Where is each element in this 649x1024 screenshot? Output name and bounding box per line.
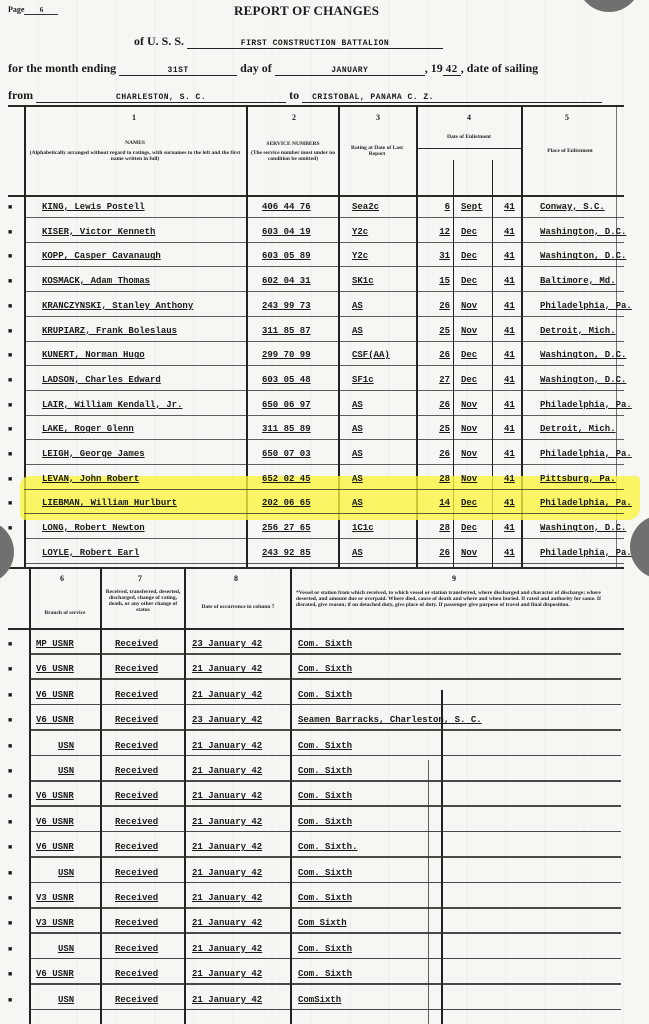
table-row: ■V6 USNRReceived21 January 42Com. Sixth <box>0 811 649 835</box>
name-cell: KRUPIARZ, Frank Boleslaus <box>42 326 177 336</box>
name-cell: LEVAN, John Robert <box>42 474 139 484</box>
enlist-place-cell: Philadelphia, Pa. <box>540 400 632 410</box>
branch-cell: MP USNR <box>36 639 74 649</box>
station-cell: Com. Sixth <box>298 766 352 776</box>
service-number-cell: 256 27 65 <box>262 523 311 533</box>
table-row: ■V3 USNRReceived21 January 42Com. Sixth <box>0 887 649 911</box>
page-number: Page6 <box>8 5 58 15</box>
row-mark: ■ <box>8 228 12 236</box>
row-rule <box>24 266 624 267</box>
enlist-month-cell: Dec <box>461 350 477 360</box>
name-cell: KOPP, Casper Cavanaugh <box>42 251 161 261</box>
month-value: JANUARY <box>275 66 425 76</box>
rating-cell: AS <box>352 424 363 434</box>
service-number-cell: 243 92 85 <box>262 548 311 558</box>
enlist-month-cell: Dec <box>461 498 477 508</box>
rating-cell: AS <box>352 301 363 311</box>
row-mark: ■ <box>8 996 12 1004</box>
table-row: ■LAKE, Roger Glenn311 85 89AS25Nov41Detr… <box>0 418 649 442</box>
upper-table-top-border <box>8 105 624 107</box>
enlist-day-cell: 15 <box>430 276 450 286</box>
row-mark: ■ <box>8 376 12 384</box>
table-row: ■LIEBMAN, William Hurlburt202 06 65AS14D… <box>0 492 649 516</box>
name-cell: LOYLE, Robert Earl <box>42 548 139 558</box>
table-row: ■MP USNRReceived23 January 42Com. Sixth <box>0 633 649 657</box>
name-cell: LAIR, William Kendall, Jr. <box>42 400 182 410</box>
month-line: for the month ending 31ST day of JANUARY… <box>8 61 538 76</box>
enlist-place-cell: Baltimore, Md. <box>540 276 616 286</box>
row-mark: ■ <box>8 524 12 532</box>
table-row: ■USNReceived21 January 42Com. Sixth <box>0 735 649 759</box>
status-cell: Received <box>115 918 158 928</box>
col-header-enlistment-date: Date of Enlistment <box>420 134 518 140</box>
enlist-month-cell: Nov <box>461 400 477 410</box>
service-number-cell: 603 05 89 <box>262 251 311 261</box>
row-mark: ■ <box>8 475 12 483</box>
col-num: 9 <box>452 574 456 583</box>
col-header-rating: Rating at Date of Last Report <box>344 145 410 157</box>
row-mark: ■ <box>8 252 12 260</box>
enlist-day-cell: 28 <box>430 523 450 533</box>
table-row: ■USNReceived21 January 42Com. Sixth <box>0 938 649 962</box>
enlist-place-cell: Philadelphia, Pa. <box>540 498 632 508</box>
row-rule <box>24 365 624 366</box>
table-row: ■KUNERT, Norman Hugo299 70 99CSF(AA)26De… <box>0 344 649 368</box>
enlistment-subheader-rule <box>416 148 521 149</box>
date-cell: 21 January 42 <box>192 791 262 801</box>
rating-cell: SK1c <box>352 276 374 286</box>
enlist-day-cell: 31 <box>430 251 450 261</box>
station-cell: Com. Sixth <box>298 817 352 827</box>
enlist-place-cell: Washington, D.C. <box>540 523 626 533</box>
col-num: 6 <box>60 574 64 583</box>
service-number-cell: 202 06 65 <box>262 498 311 508</box>
station-cell: Seamen Barracks, Charleston, S. C. <box>298 715 482 725</box>
enlist-place-cell: Detroit, Mich. <box>540 326 616 336</box>
service-number-cell: 299 70 99 <box>262 350 311 360</box>
status-cell: Received <box>115 741 158 751</box>
table-row: ■LEIGH, George James650 07 03AS26Nov41Ph… <box>0 443 649 467</box>
enlist-month-cell: Nov <box>461 301 477 311</box>
status-cell: Received <box>115 766 158 776</box>
branch-cell: V6 USNR <box>36 664 74 674</box>
row-rule <box>24 439 624 440</box>
table-row: ■USNReceived21 January 42ComSixth <box>0 989 649 1013</box>
row-mark: ■ <box>8 742 12 750</box>
row-mark: ■ <box>8 843 12 851</box>
enlist-month-cell: Nov <box>461 449 477 459</box>
rating-cell: AS <box>352 474 363 484</box>
service-number-cell: 243 99 73 <box>262 301 311 311</box>
status-cell: Received <box>115 995 158 1005</box>
row-rule <box>24 489 624 490</box>
branch-cell: USN <box>58 766 74 776</box>
table-row: ■KOPP, Casper Cavanaugh603 05 89Y2c31Dec… <box>0 245 649 269</box>
date-cell: 21 January 42 <box>192 842 262 852</box>
station-cell: Com. Sixth <box>298 893 352 903</box>
date-cell: 21 January 42 <box>192 893 262 903</box>
branch-cell: USN <box>58 995 74 1005</box>
page-value: 6 <box>24 6 58 15</box>
table-row: ■V3 USNRReceived21 January 42Com Sixth <box>0 912 649 936</box>
date-cell: 21 January 42 <box>192 817 262 827</box>
name-cell: LEIGH, George James <box>42 449 145 459</box>
status-cell: Received <box>115 715 158 725</box>
page-label: Page <box>8 5 24 14</box>
col-title: SERVICE NUMBERS <box>250 141 336 147</box>
rating-cell: Sea2c <box>352 202 379 212</box>
enlist-day-cell: 25 <box>430 424 450 434</box>
col-num: 1 <box>132 113 136 122</box>
row-rule <box>24 217 624 218</box>
enlist-year-cell: 41 <box>504 474 515 484</box>
service-number-cell: 650 07 03 <box>262 449 311 459</box>
name-cell: LONG, Robert Newton <box>42 523 145 533</box>
row-mark: ■ <box>8 894 12 902</box>
enlist-year-cell: 41 <box>504 498 515 508</box>
enlist-year-cell: 41 <box>504 449 515 459</box>
row-mark: ■ <box>8 818 12 826</box>
status-cell: Received <box>115 791 158 801</box>
enlist-month-cell: Dec <box>461 227 477 237</box>
col-num: 8 <box>234 574 238 583</box>
branch-cell: V6 USNR <box>36 969 74 979</box>
rating-cell: AS <box>352 449 363 459</box>
table-row: ■V6 USNRReceived21 January 42Com. Sixth <box>0 785 649 809</box>
station-cell: Com. Sixth <box>298 741 352 751</box>
row-mark: ■ <box>8 869 12 877</box>
enlist-year-cell: 41 <box>504 400 515 410</box>
enlist-year-cell: 41 <box>504 251 515 261</box>
name-cell: KRANCZYNSKI, Stanley Anthony <box>42 301 193 311</box>
enlist-year-cell: 41 <box>504 276 515 286</box>
row-rule <box>24 390 624 391</box>
enlist-year-cell: 41 <box>504 301 515 311</box>
row-rule <box>29 729 621 731</box>
table-row: ■LEVAN, John Robert652 02 45AS28Nov41Pit… <box>0 468 649 492</box>
enlist-place-cell: Conway, S.C. <box>540 202 605 212</box>
row-rule <box>24 563 624 564</box>
name-cell: LAKE, Roger Glenn <box>42 424 134 434</box>
enlist-day-cell: 26 <box>430 301 450 311</box>
row-mark: ■ <box>8 450 12 458</box>
station-cell: Com. Sixth <box>298 690 352 700</box>
col-num: 7 <box>138 574 142 583</box>
enlist-month-cell: Nov <box>461 424 477 434</box>
sailing-label: , date of sailing <box>461 61 538 75</box>
table-row: ■KING, Lewis Postell406 44 76Sea2c6Sept4… <box>0 196 649 220</box>
col-subtitle: (Alphabetically arranged without regard … <box>28 150 242 162</box>
row-rule <box>29 755 621 757</box>
rating-cell: Y2c <box>352 251 368 261</box>
row-mark: ■ <box>8 302 12 310</box>
col-header-branch: Branch of service <box>32 610 98 616</box>
enlist-year-cell: 41 <box>504 375 515 385</box>
enlist-month-cell: Nov <box>461 326 477 336</box>
name-cell: LIEBMAN, William Hurlburt <box>42 498 177 508</box>
row-rule <box>29 907 621 909</box>
table-row: ■LOYLE, Robert Earl243 92 85AS26Nov41Phi… <box>0 542 649 566</box>
row-mark: ■ <box>8 499 12 507</box>
table-row: ■LAIR, William Kendall, Jr.650 06 97AS26… <box>0 394 649 418</box>
status-cell: Received <box>115 944 158 954</box>
station-cell: Com. Sixth <box>298 664 352 674</box>
col-num: 2 <box>292 113 296 122</box>
enlist-day-cell: 26 <box>430 449 450 459</box>
col-num: 5 <box>565 113 569 122</box>
table-row: ■V6 USNRReceived21 January 42Com. Sixth <box>0 658 649 682</box>
row-mark: ■ <box>8 665 12 673</box>
enlist-day-cell: 26 <box>430 548 450 558</box>
service-number-cell: 406 44 76 <box>262 202 311 212</box>
enlist-place-cell: Washington, D.C. <box>540 350 626 360</box>
status-cell: Received <box>115 842 158 852</box>
name-cell: KISER, Victor Kenneth <box>42 227 155 237</box>
col-num: 4 <box>467 113 471 122</box>
enlist-month-cell: Dec <box>461 276 477 286</box>
enlist-day-cell: 26 <box>430 350 450 360</box>
row-rule <box>24 341 624 342</box>
col-header-station-details: *Vessel or station from which received, … <box>296 590 618 608</box>
ship-value: FIRST CONSTRUCTION BATTALION <box>187 39 443 49</box>
table-row: ■USNReceived21 January 42Com. Sixth <box>0 760 649 784</box>
table-row: ■KISER, Victor Kenneth603 04 19Y2c12Dec4… <box>0 221 649 245</box>
year-prefix: , 19 <box>425 61 443 75</box>
row-rule <box>24 291 624 292</box>
row-rule <box>29 831 621 833</box>
table-row: ■KRUPIARZ, Frank Boleslaus311 85 87AS25N… <box>0 320 649 344</box>
status-cell: Received <box>115 664 158 674</box>
rating-cell: AS <box>352 548 363 558</box>
station-cell: Com. Sixth <box>298 639 352 649</box>
status-cell: Received <box>115 969 158 979</box>
row-rule <box>24 538 624 539</box>
enlist-month-cell: Sept <box>461 202 483 212</box>
branch-cell: V3 USNR <box>36 893 74 903</box>
rating-cell: Y2c <box>352 227 368 237</box>
enlist-month-cell: Nov <box>461 548 477 558</box>
table-row: ■V6 USNRReceived21 January 42Com. Sixth <box>0 684 649 708</box>
row-mark: ■ <box>8 277 12 285</box>
row-rule <box>29 805 621 807</box>
row-mark: ■ <box>8 767 12 775</box>
branch-cell: V6 USNR <box>36 715 74 725</box>
row-rule <box>24 415 624 416</box>
branch-cell: USN <box>58 741 74 751</box>
row-mark: ■ <box>8 203 12 211</box>
status-cell: Received <box>115 690 158 700</box>
branch-cell: V6 USNR <box>36 817 74 827</box>
row-rule <box>29 1009 621 1011</box>
route-line: from CHARLESTON, S. C. to CRISTOBAL, PAN… <box>8 88 602 103</box>
col-subtitle: (The service number must under no condit… <box>250 150 336 162</box>
row-mark: ■ <box>8 351 12 359</box>
table-row: ■KRANCZYNSKI, Stanley Anthony243 99 73AS… <box>0 295 649 319</box>
row-mark: ■ <box>8 792 12 800</box>
to-value: CRISTOBAL, PANAMA C. Z. <box>302 93 602 103</box>
branch-cell: V6 USNR <box>36 791 74 801</box>
overlay-circle-top <box>577 0 641 12</box>
enlist-day-cell: 25 <box>430 326 450 336</box>
enlist-day-cell: 26 <box>430 400 450 410</box>
table-row: ■KOSMACK, Adam Thomas602 04 31SK1c15Dec4… <box>0 270 649 294</box>
table-row: ■USNReceived21 January 42Com. Sixth <box>0 862 649 886</box>
enlist-year-cell: 41 <box>504 548 515 558</box>
date-cell: 21 January 42 <box>192 868 262 878</box>
name-cell: LADSON, Charles Edward <box>42 375 161 385</box>
rating-cell: AS <box>352 400 363 410</box>
row-rule <box>29 932 621 934</box>
table-row: ■LADSON, Charles Edward603 05 48SF1c27De… <box>0 369 649 393</box>
year-value: 42 <box>443 63 461 76</box>
enlist-place-cell: Philadelphia, Pa. <box>540 548 632 558</box>
col-num: 3 <box>376 113 380 122</box>
table-row: ■V6 USNRReceived23 January 42Seamen Barr… <box>0 709 649 733</box>
row-mark: ■ <box>8 691 12 699</box>
enlist-year-cell: 41 <box>504 523 515 533</box>
status-cell: Received <box>115 639 158 649</box>
from-value: CHARLESTON, S. C. <box>36 93 286 103</box>
rating-cell: AS <box>352 498 363 508</box>
row-mark: ■ <box>8 970 12 978</box>
col-header-names: NAMES (Alphabetically arranged without r… <box>28 140 242 162</box>
enlist-place-cell: Washington, D.C. <box>540 227 626 237</box>
status-cell: Received <box>115 868 158 878</box>
enlist-month-cell: Dec <box>461 375 477 385</box>
enlist-month-cell: Nov <box>461 474 477 484</box>
row-mark: ■ <box>8 716 12 724</box>
col-header-status-change: Received, transferred, deserted, dischar… <box>104 589 182 613</box>
enlist-place-cell: Pittsburg, Pa. <box>540 474 616 484</box>
row-rule <box>29 653 621 655</box>
table-row: ■V6 USNRReceived21 January 42Com. Sixth <box>0 963 649 987</box>
status-cell: Received <box>115 893 158 903</box>
row-rule <box>29 704 621 706</box>
table-row: ■V6 USNRReceived21 January 42Com. Sixth. <box>0 836 649 860</box>
date-cell: 21 January 42 <box>192 969 262 979</box>
month-ending-label: for the month ending <box>8 61 116 75</box>
row-rule <box>29 856 621 858</box>
station-cell: Com. Sixth <box>298 791 352 801</box>
row-mark: ■ <box>8 640 12 648</box>
enlist-year-cell: 41 <box>504 202 515 212</box>
branch-cell: USN <box>58 868 74 878</box>
row-rule <box>29 780 621 782</box>
rating-cell: SF1c <box>352 375 374 385</box>
station-cell: Com. Sixth <box>298 969 352 979</box>
enlist-month-cell: Dec <box>461 523 477 533</box>
branch-cell: V6 USNR <box>36 690 74 700</box>
rating-cell: AS <box>352 326 363 336</box>
row-mark: ■ <box>8 327 12 335</box>
row-rule <box>29 983 621 985</box>
col-header-enlistment-place: Place of Enlistment <box>524 148 616 154</box>
enlist-place-cell: Detroit, Mich. <box>540 424 616 434</box>
station-cell: Com. Sixth <box>298 944 352 954</box>
row-rule <box>24 242 624 243</box>
station-cell: Com. Sixth. <box>298 842 357 852</box>
day-of-label: day of <box>240 61 272 75</box>
date-cell: 23 January 42 <box>192 639 262 649</box>
service-number-cell: 311 85 87 <box>262 326 311 336</box>
row-rule <box>24 464 624 465</box>
col-title: NAMES <box>28 140 242 146</box>
rating-cell: CSF(AA) <box>352 350 390 360</box>
station-cell: ComSixth <box>298 995 341 1005</box>
from-label: from <box>8 88 33 102</box>
to-label: to <box>289 88 299 102</box>
row-mark: ■ <box>8 919 12 927</box>
row-mark: ■ <box>8 425 12 433</box>
enlist-year-cell: 41 <box>504 227 515 237</box>
enlist-year-cell: 41 <box>504 424 515 434</box>
service-number-cell: 603 05 48 <box>262 375 311 385</box>
date-cell: 21 January 42 <box>192 766 262 776</box>
service-number-cell: 602 04 31 <box>262 276 311 286</box>
col-header-service: SERVICE NUMBERS (The service number must… <box>250 141 336 162</box>
date-cell: 21 January 42 <box>192 664 262 674</box>
name-cell: KUNERT, Norman Hugo <box>42 350 145 360</box>
enlist-year-cell: 41 <box>504 326 515 336</box>
rating-cell: 1C1c <box>352 523 374 533</box>
enlist-place-cell: Washington, D.C. <box>540 251 626 261</box>
ship-line: of U. S. S. FIRST CONSTRUCTION BATTALION <box>134 34 443 49</box>
date-cell: 23 January 42 <box>192 715 262 725</box>
enlist-day-cell: 27 <box>430 375 450 385</box>
service-number-cell: 650 06 97 <box>262 400 311 410</box>
ship-label: of U. S. S. <box>134 34 184 48</box>
row-rule <box>24 316 624 317</box>
branch-cell: V6 USNR <box>36 842 74 852</box>
status-cell: Received <box>115 817 158 827</box>
date-cell: 21 January 42 <box>192 690 262 700</box>
document-page: Page6 REPORT OF CHANGES of U. S. S. FIRS… <box>0 0 649 1024</box>
row-rule <box>29 882 621 884</box>
enlist-day-cell: 28 <box>430 474 450 484</box>
col-header-occurrence-date: Date of occurrence in column 7 <box>196 604 280 610</box>
service-number-cell: 603 04 19 <box>262 227 311 237</box>
service-number-cell: 652 02 45 <box>262 474 311 484</box>
row-mark: ■ <box>8 945 12 953</box>
enlist-place-cell: Philadelphia, Pa. <box>540 449 632 459</box>
date-cell: 21 January 42 <box>192 741 262 751</box>
date-cell: 21 January 42 <box>192 995 262 1005</box>
row-rule <box>29 678 621 680</box>
row-rule <box>29 958 621 960</box>
enlist-day-cell: 12 <box>430 227 450 237</box>
enlist-month-cell: Dec <box>461 251 477 261</box>
station-cell: Com Sixth <box>298 918 347 928</box>
enlist-day-cell: 6 <box>430 202 450 212</box>
row-rule <box>24 513 624 514</box>
station-cell: Com. Sixth <box>298 868 352 878</box>
name-cell: KOSMACK, Adam Thomas <box>42 276 150 286</box>
enlist-place-cell: Washington, D.C. <box>540 375 626 385</box>
month-day-value: 31ST <box>119 66 237 76</box>
service-number-cell: 311 85 89 <box>262 424 311 434</box>
enlist-place-cell: Philadelphia, Pa. <box>540 301 632 311</box>
document-title: REPORT OF CHANGES <box>234 3 379 19</box>
date-cell: 21 January 42 <box>192 918 262 928</box>
enlist-year-cell: 41 <box>504 350 515 360</box>
date-cell: 21 January 42 <box>192 944 262 954</box>
name-cell: KING, Lewis Postell <box>42 202 145 212</box>
row-mark: ■ <box>8 401 12 409</box>
branch-cell: V3 USNR <box>36 918 74 928</box>
enlist-day-cell: 14 <box>430 498 450 508</box>
branch-cell: USN <box>58 944 74 954</box>
table-row: ■LONG, Robert Newton256 27 651C1c28Dec41… <box>0 517 649 541</box>
